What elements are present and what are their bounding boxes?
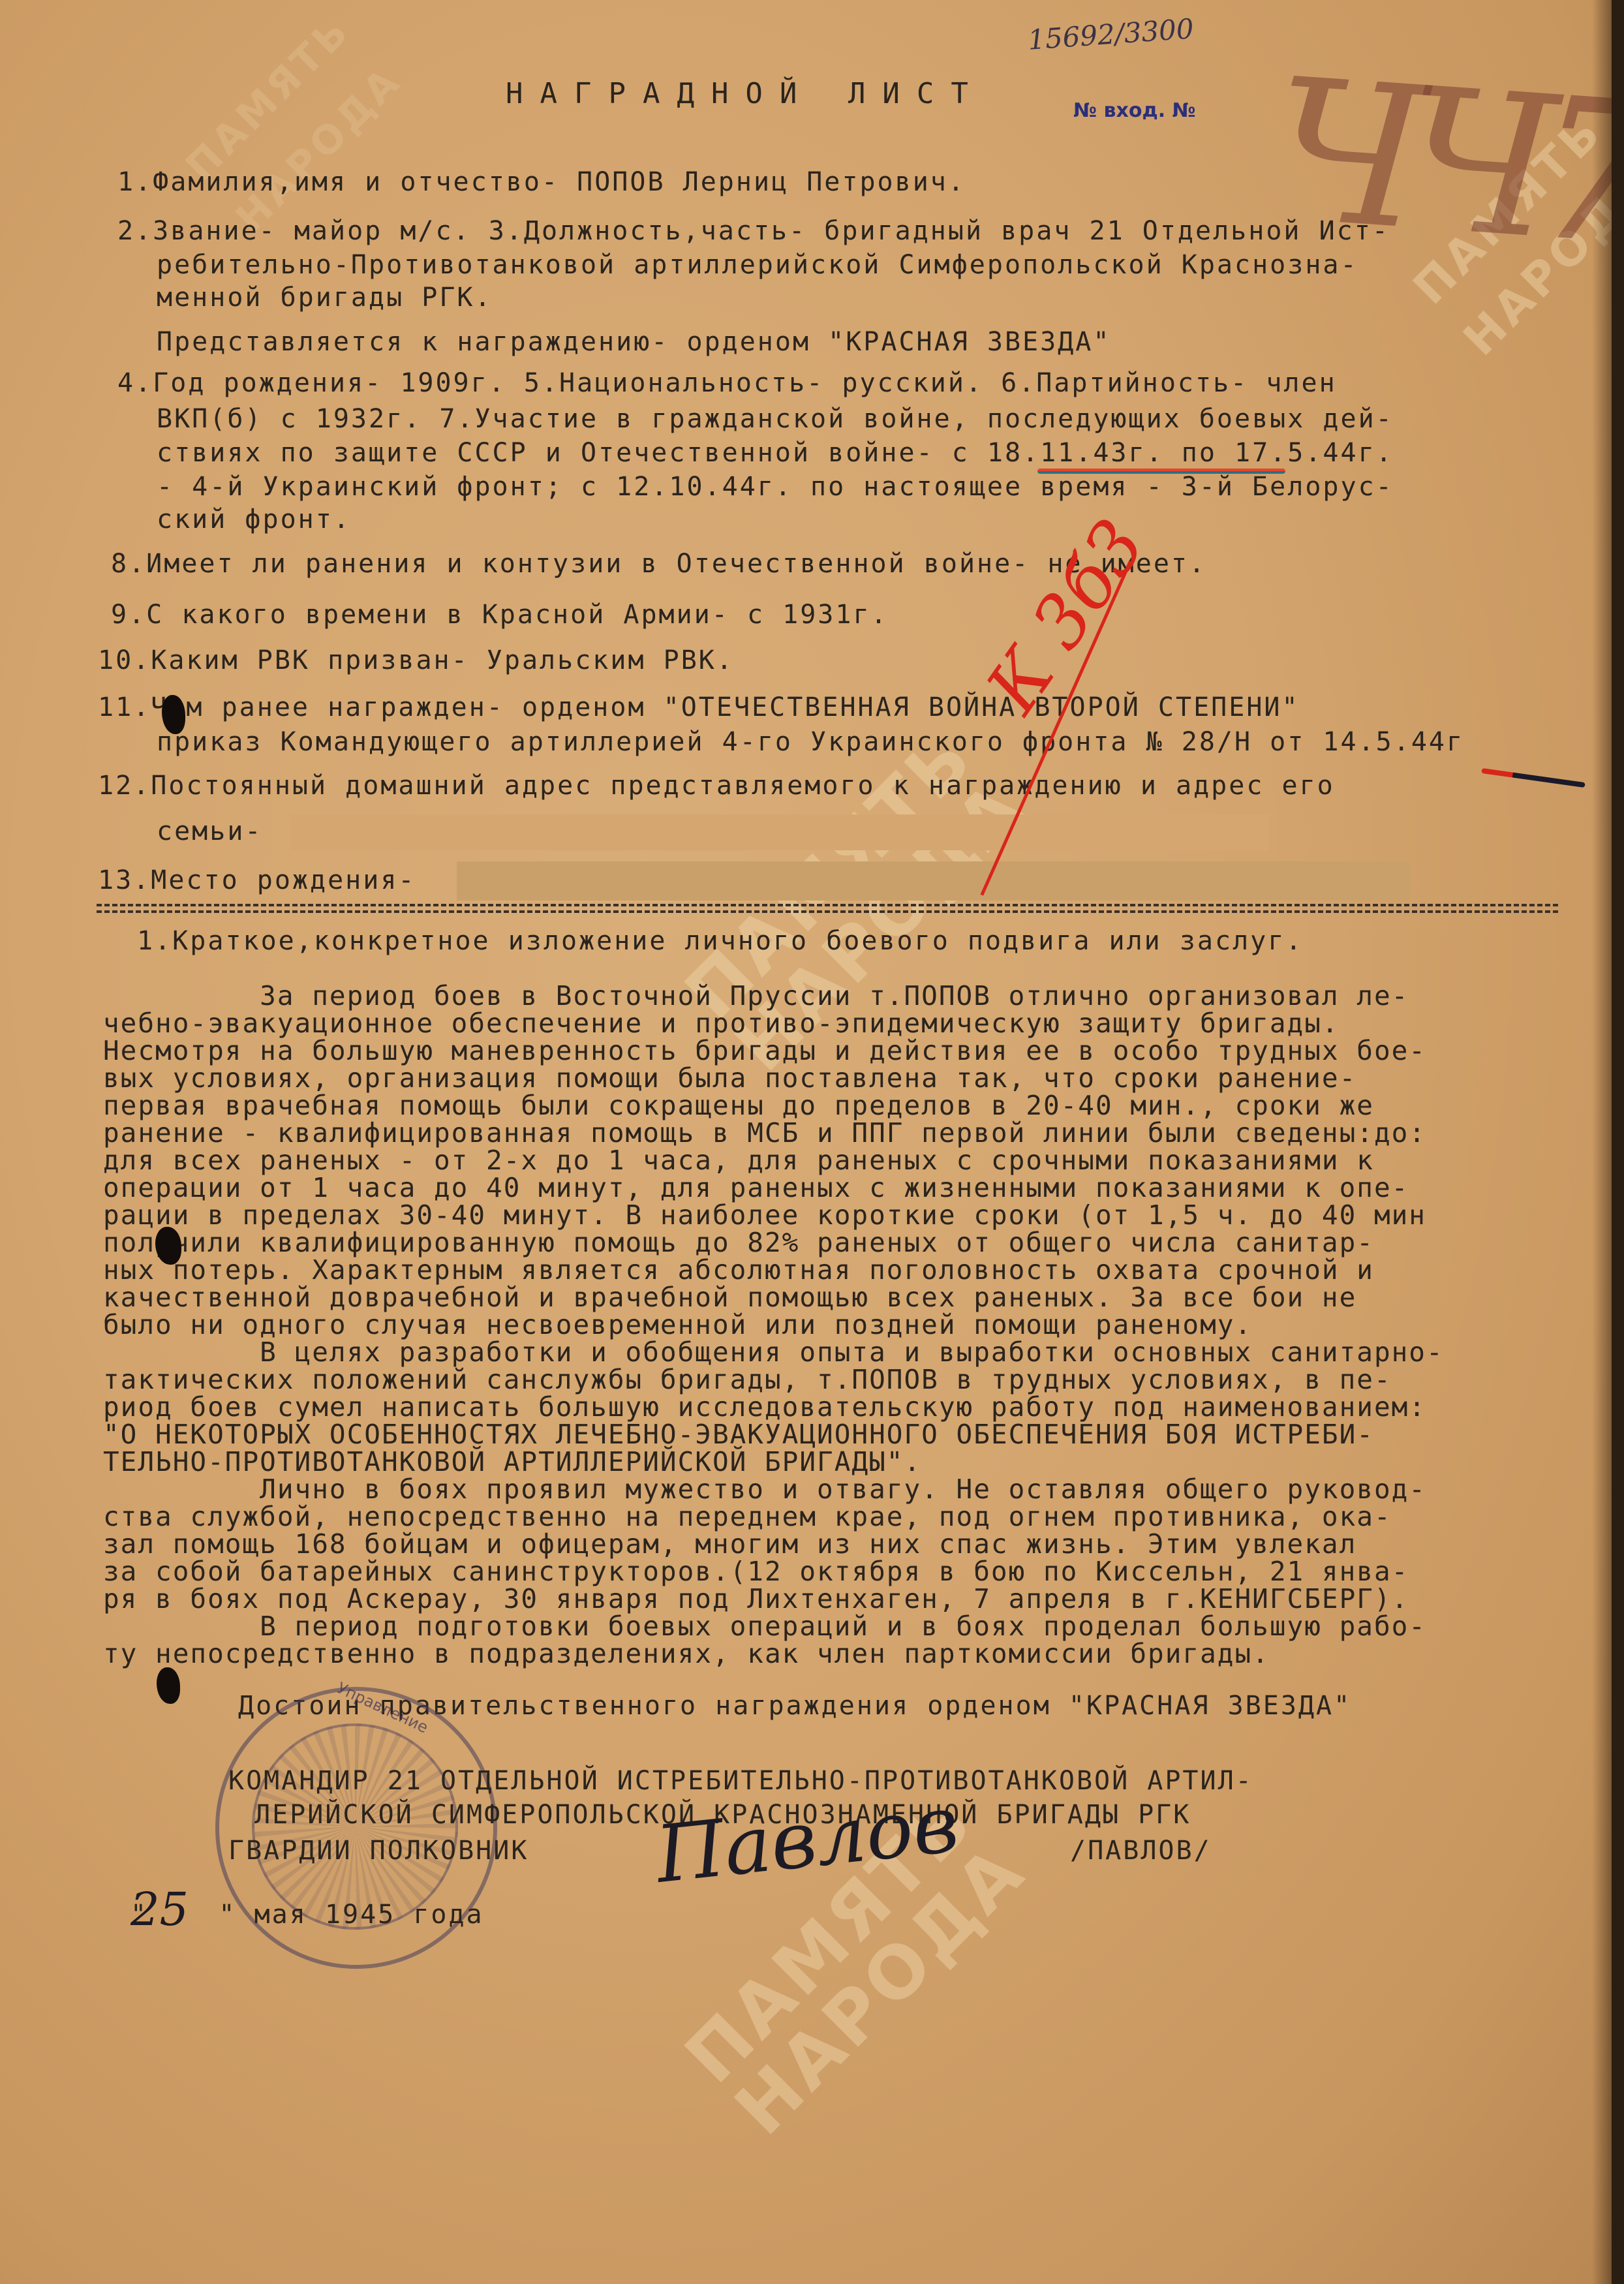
body-line: зал помощь 168 бойцам и офицерам, многим… xyxy=(103,1530,1444,1558)
body-line: В целях разработки и обобщения опыта и в… xyxy=(103,1338,1444,1366)
ink-blot xyxy=(157,1667,180,1704)
field-war-participation: ствиях по защите СССР и Отечественной во… xyxy=(157,437,1394,469)
body-line: Несмотря на большую маневренность бригад… xyxy=(103,1037,1444,1064)
body-line: ства службой, непосредственно на передне… xyxy=(103,1503,1444,1530)
signer-rank: ГВАРДИИ ПОЛКОВНИК xyxy=(228,1835,529,1866)
incoming-number-stamp: № вход. № xyxy=(1073,99,1196,122)
award-sheet-page: ПАМЯТЬ НАРОДА ПАМЯТЬ НАРОДА ПАМЯТЬ НАРОД… xyxy=(0,0,1612,2284)
body-line: В период подготовки боевых операций и в … xyxy=(103,1613,1444,1640)
signer-title-line-1: КОМАНДИР 21 ОТДЕЛЬНОЙ ИСТРЕБИТЕЛЬНО-ПРОТ… xyxy=(228,1765,1253,1797)
body-line: тактических положений санслужбы бригады,… xyxy=(103,1366,1444,1393)
body-line: ранение - квалифицированная помощь в МСБ… xyxy=(103,1119,1444,1147)
field-rank-position-cont: менной бригады РГК. xyxy=(157,282,493,313)
field-rank-position: 2.Звание- майор м/с. 3.Должность,часть- … xyxy=(117,215,1390,247)
field-rank-position-cont: ребительно-Противотанковой артиллерийско… xyxy=(157,249,1358,281)
body-line: было ни одного случая несвоевременной ил… xyxy=(103,1311,1444,1338)
dashed-separator xyxy=(97,904,1558,913)
redacted-address xyxy=(290,814,1269,850)
body-line: ту непосредственно в подразделениях, как… xyxy=(103,1640,1444,1667)
body-line: "О НЕКОТОРЫХ ОСОБЕННОСТЯХ ЛЕЧЕБНО-ЭВАКУА… xyxy=(103,1421,1444,1448)
field-previous-awards-order: приказ Командующего артиллерией 4-го Укр… xyxy=(157,726,1464,758)
body-line: для всех раненых - от 2-х до 1 часа, для… xyxy=(103,1147,1444,1174)
body-line: ТЕЛЬНО-ПРОТИВОТАНКОВОЙ АРТИЛЛЕРИЙСКОЙ БР… xyxy=(103,1448,1444,1475)
section-heading: 1.Краткое,конкретное изложение личного б… xyxy=(137,925,1303,957)
body-line: качественной доврачебной и врачебной пом… xyxy=(103,1284,1444,1311)
signer-name: /ПАВЛОВ/ xyxy=(1070,1835,1212,1866)
red-underline xyxy=(1481,768,1586,788)
field-war-participation-cont: - 4-й Украинский фронт; с 12.10.44г. по … xyxy=(157,471,1394,502)
field-home-address-cont: семьи- xyxy=(157,816,263,847)
handwritten-archive-number: 15692/3300 xyxy=(1027,12,1195,56)
field-drafted-by: 10.Каким РВК призван- Уральским РВК. xyxy=(98,645,734,676)
body-line: За период боев в Восточной Пруссии т.ПОП… xyxy=(103,982,1444,1010)
body-line: рации в пределах 30-40 минут. В наиболее… xyxy=(103,1201,1444,1229)
field-home-address: 12.Постоянный домашний адрес представляе… xyxy=(98,770,1335,801)
body-line: получили квалифицированную помощь до 82%… xyxy=(103,1229,1444,1256)
signing-day-handwritten: 25 xyxy=(130,1883,189,1936)
body-line: ных потерь. Характерным является абсолют… xyxy=(103,1256,1444,1284)
body-line: риод боев сумел написать большую исследо… xyxy=(103,1393,1444,1421)
document-title: НАГРАДНОЙ ЛИСТ xyxy=(506,77,985,110)
field-party: ВКП(б) с 1932г. 7.Участие в гражданской … xyxy=(157,403,1394,435)
stamp-label: Управление xyxy=(334,1678,431,1736)
redacted-birthplace xyxy=(457,861,1409,901)
field-birth-year: 4.Год рождения- 1909г. 5.Национальность-… xyxy=(117,367,1337,399)
field-full-name: 1.Фамилия,имя и отчество- ПОПОВ Лерниц П… xyxy=(117,166,966,198)
field-wounds: 8.Имеет ли ранения и контузии в Отечеств… xyxy=(111,548,1206,579)
body-line: чебно-эвакуационное обеспечение и против… xyxy=(103,1010,1444,1037)
field-war-participation-cont: ский фронт. xyxy=(157,504,351,535)
field-previous-awards: 11.Чем ранее награжден- орденом "ОТЕЧЕСТ… xyxy=(98,692,1300,723)
body-line: ря в боях под Аскерау, 30 января под Лих… xyxy=(103,1585,1444,1613)
body-line: Лично в боях проявил мужество и отвагу. … xyxy=(103,1475,1444,1503)
body-line: вых условиях, организация помощи была по… xyxy=(103,1064,1444,1092)
body-line: за собой батарейных санинструкторов.(12 … xyxy=(103,1558,1444,1585)
field-army-since: 9.С какого времени в Красной Армии- с 19… xyxy=(111,599,889,630)
narrative-body: За период боев в Восточной Пруссии т.ПОП… xyxy=(103,982,1444,1667)
field-birthplace: 13.Место рождения- xyxy=(98,865,416,896)
body-line: операции от 1 часа до 40 минут, для ране… xyxy=(103,1174,1444,1201)
nomination-line: Представляется к награждению- орденом "К… xyxy=(157,326,1111,358)
body-line: первая врачебная помощь были сокращены д… xyxy=(103,1092,1444,1119)
